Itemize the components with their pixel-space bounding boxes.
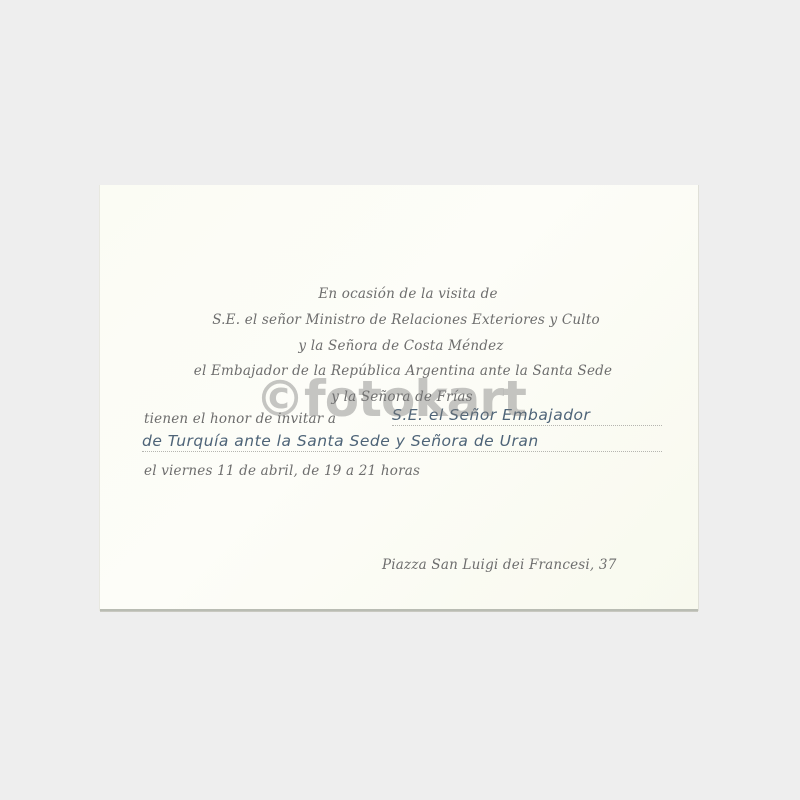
invitation-line-1: En ocasión de la visita de xyxy=(100,286,698,302)
date-line: el viernes 11 de abril, de 19 a 21 horas xyxy=(144,463,420,479)
invitation-line-2: S.E. el señor Ministro de Relaciones Ext… xyxy=(100,312,698,328)
address-line: Piazza San Luigi dei Francesi, 37 xyxy=(382,557,617,573)
handwritten-guest-line-2: de Turquía ante la Santa Sede y Señora d… xyxy=(142,432,662,452)
invitation-line-3: y la Señora de Costa Méndez xyxy=(100,338,698,354)
watermark: ©fotokart xyxy=(255,370,526,428)
